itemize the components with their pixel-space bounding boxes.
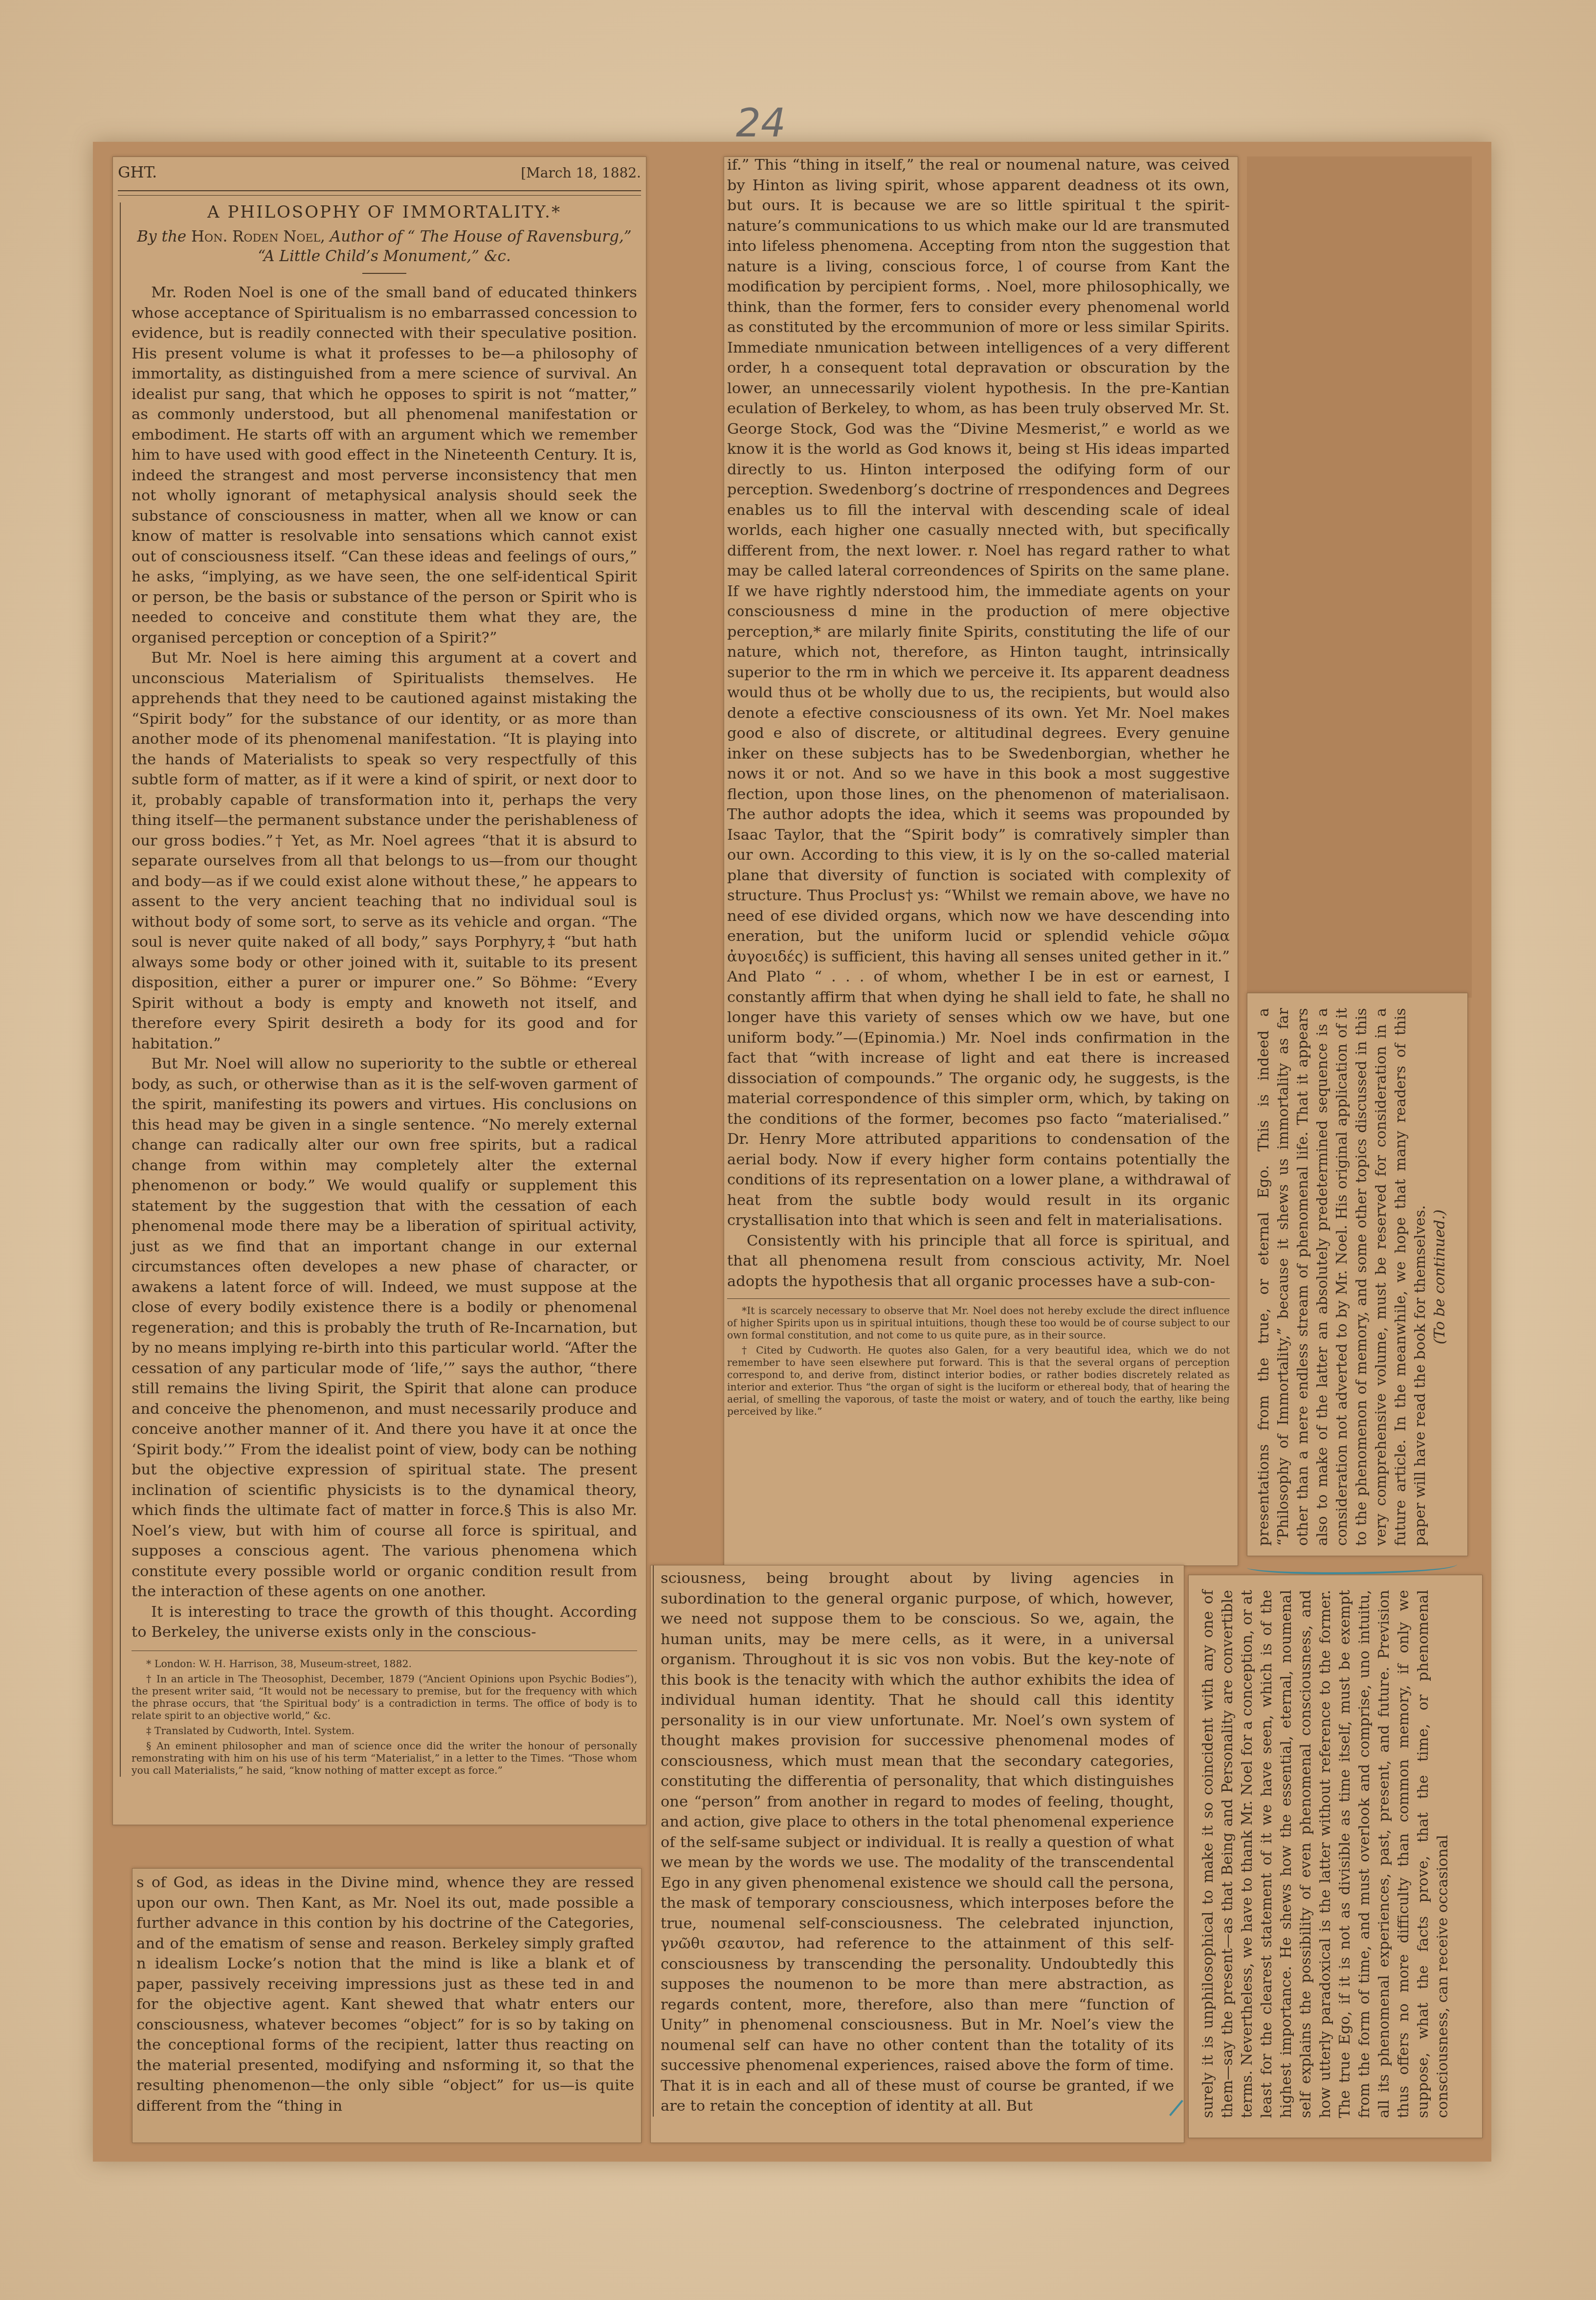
article-title: A PHILOSOPHY OF IMMORTALITY.*	[132, 202, 637, 222]
mount-board: GHT. [March 18, 1882. A PHILOSOPHY OF IM…	[93, 142, 1491, 2162]
masthead-fragment: GHT.	[118, 163, 157, 181]
paragraph: s of God, as ideas in the Divine mind, w…	[136, 1873, 634, 2116]
footnote: * London: W. H. Harrison, 38, Museum-str…	[132, 1658, 637, 1670]
column-2-continued-text: sciousness, being brought about by livin…	[653, 1565, 1184, 2117]
paragraph: sciousness, being brought about by livin…	[661, 1568, 1174, 2117]
paragraph: Mr. Roden Noel is one of the small band …	[132, 283, 637, 648]
column-1-continued-text: s of God, as ideas in the Divine mind, w…	[133, 1869, 641, 2116]
paragraph: if.” This “thing in itself,” the real or…	[727, 156, 1230, 1231]
paragraph: But Mr. Noel is here aiming this argumen…	[132, 648, 637, 1054]
to-be-continued: (To be continued.)	[1430, 1008, 1450, 1546]
paragraph: presentations from the true, or eternal …	[1254, 1008, 1430, 1546]
footnote: † In an article in The Theosophist, Dece…	[132, 1673, 637, 1722]
article-column-1-continued: s of God, as ideas in the Divine mind, w…	[132, 1868, 642, 2143]
author-name: Hon. Roden Noel,	[191, 228, 325, 246]
rotated-text-block-upper: presentations from the true, or eternal …	[1254, 1008, 1460, 1546]
rotated-clipping-lower: surely it is unphilosophical to make it …	[1188, 1575, 1483, 2138]
title-divider	[362, 273, 406, 274]
rotated-clipping-upper: presentations from the true, or eternal …	[1247, 993, 1468, 1556]
column-1-footnotes: * London: W. H. Harrison, 38, Museum-str…	[132, 1658, 637, 1777]
masthead-rule-2	[118, 195, 641, 196]
footnote: ‡ Translated by Cudworth, Intel. System.	[132, 1725, 637, 1737]
footnote: † Cited by Cudworth. He quotes also Gale…	[727, 1344, 1230, 1418]
column-1-body: A PHILOSOPHY OF IMMORTALITY.* By the Hon…	[120, 202, 646, 1777]
footnote: *It is scarcely necessary to observe tha…	[727, 1305, 1230, 1341]
column-1-text: Mr. Roden Noel is one of the small band …	[132, 283, 637, 1643]
column-2-footnotes: *It is scarcely necessary to observe tha…	[724, 1305, 1238, 1418]
article-column-2-continued: sciousness, being brought about by livin…	[650, 1565, 1184, 2143]
paragraph: Consistently with his principle that all…	[727, 1231, 1230, 1292]
masthead-rule	[118, 190, 641, 191]
article-column-1: GHT. [March 18, 1882. A PHILOSOPHY OF IM…	[112, 156, 646, 1825]
footnote-rule	[727, 1298, 1230, 1299]
rotated-text-block-lower: surely it is unphilosophical to make it …	[1198, 1590, 1472, 2118]
handwritten-page-number: 24	[736, 100, 786, 146]
article-column-2: if.” This “thing in itself,” the real or…	[724, 156, 1238, 1566]
issue-date: [March 18, 1882.	[521, 163, 641, 181]
article-byline: By the Hon. Roden Noel, Author of “ The …	[132, 227, 637, 266]
column-2-text: if.” This “thing in itself,” the real or…	[724, 156, 1238, 1292]
rotated-text-upper: presentations from the true, or eternal …	[1254, 1008, 1450, 1546]
empty-board-area	[1247, 156, 1472, 998]
footnote-rule	[132, 1651, 637, 1651]
paragraph: But Mr. Noel will allow no superiority t…	[132, 1054, 637, 1602]
masthead: GHT. [March 18, 1882.	[113, 163, 646, 181]
paragraph: It is interesting to trace the growth of…	[132, 1602, 637, 1643]
byline-prefix: By the	[137, 228, 186, 246]
footnote: § An eminent philosopher and man of scie…	[132, 1740, 637, 1777]
rotated-text-lower: surely it is unphilosophical to make it …	[1198, 1590, 1453, 2118]
blue-pencil-mark	[1247, 1558, 1457, 1574]
paragraph: surely it is unphilosophical to make it …	[1198, 1590, 1453, 2118]
